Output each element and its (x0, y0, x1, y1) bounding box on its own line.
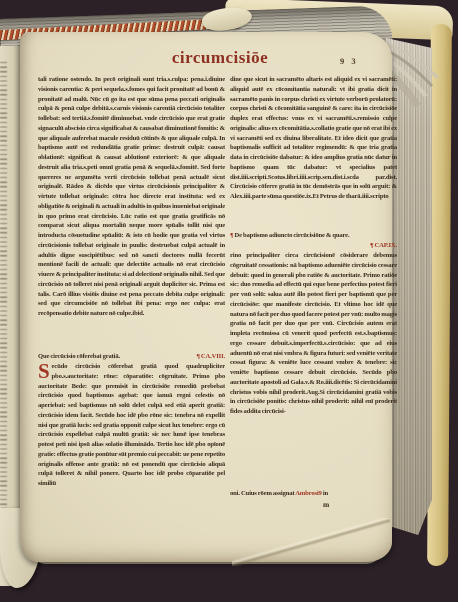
printed-area: circumcisiōe 9 3 tali ratione ostendo. I… (20, 32, 392, 562)
folio-number: 9 3 (340, 56, 358, 66)
right-last-line: oni. Cuius rōem assignat Ambrosi9 in (230, 489, 397, 499)
chapter8-heading: Que circūcisio cōferebat gratiā. (38, 352, 120, 362)
right-paragraph-2: Trino principaliter circa circūcisionē c… (230, 251, 397, 489)
left-paragraph-2: Secūdo circūcisio cōferebat gratiā quod … (38, 362, 225, 512)
chapter9-heading: De baptismo adiuncto circūcisiōne & quar… (235, 232, 350, 239)
book-photo: circumcisiōe 9 3 tali ratione ostendo. I… (0, 0, 458, 602)
signature-mark: m (323, 500, 329, 509)
pilcrow-icon: ¶ (370, 242, 373, 249)
text-column-right: dine que sicut in sacramēto altaris est … (230, 75, 397, 507)
pilcrow-icon: ¶ (196, 353, 199, 360)
chapter9-heading-line: ¶ De baptismo adiuncto circūcisiōne & qu… (230, 231, 397, 251)
chapter9-label: ¶ CAP.IX. (370, 241, 397, 251)
text-column-left: tali ratione ostendo. In pecō originali … (38, 75, 225, 512)
chapter8-label: ¶ CA.VIII. (196, 352, 225, 362)
chapter8-initial: S (38, 362, 50, 380)
rubricated-name: Ambrosi9 (295, 490, 322, 497)
right-paragraph-1: dine que sicut in sacramēto altaris est … (230, 75, 397, 231)
pilcrow-icon: ¶ (230, 232, 233, 239)
left-paragraph-1: tali ratione ostendo. In pecō originali … (38, 75, 225, 352)
chapter8-heading-line: Que circūcisio cōferebat gratiā. ¶ CA.VI… (38, 352, 225, 362)
running-header: circumcisiōe (70, 48, 370, 68)
facing-page-text-edge (0, 62, 7, 522)
